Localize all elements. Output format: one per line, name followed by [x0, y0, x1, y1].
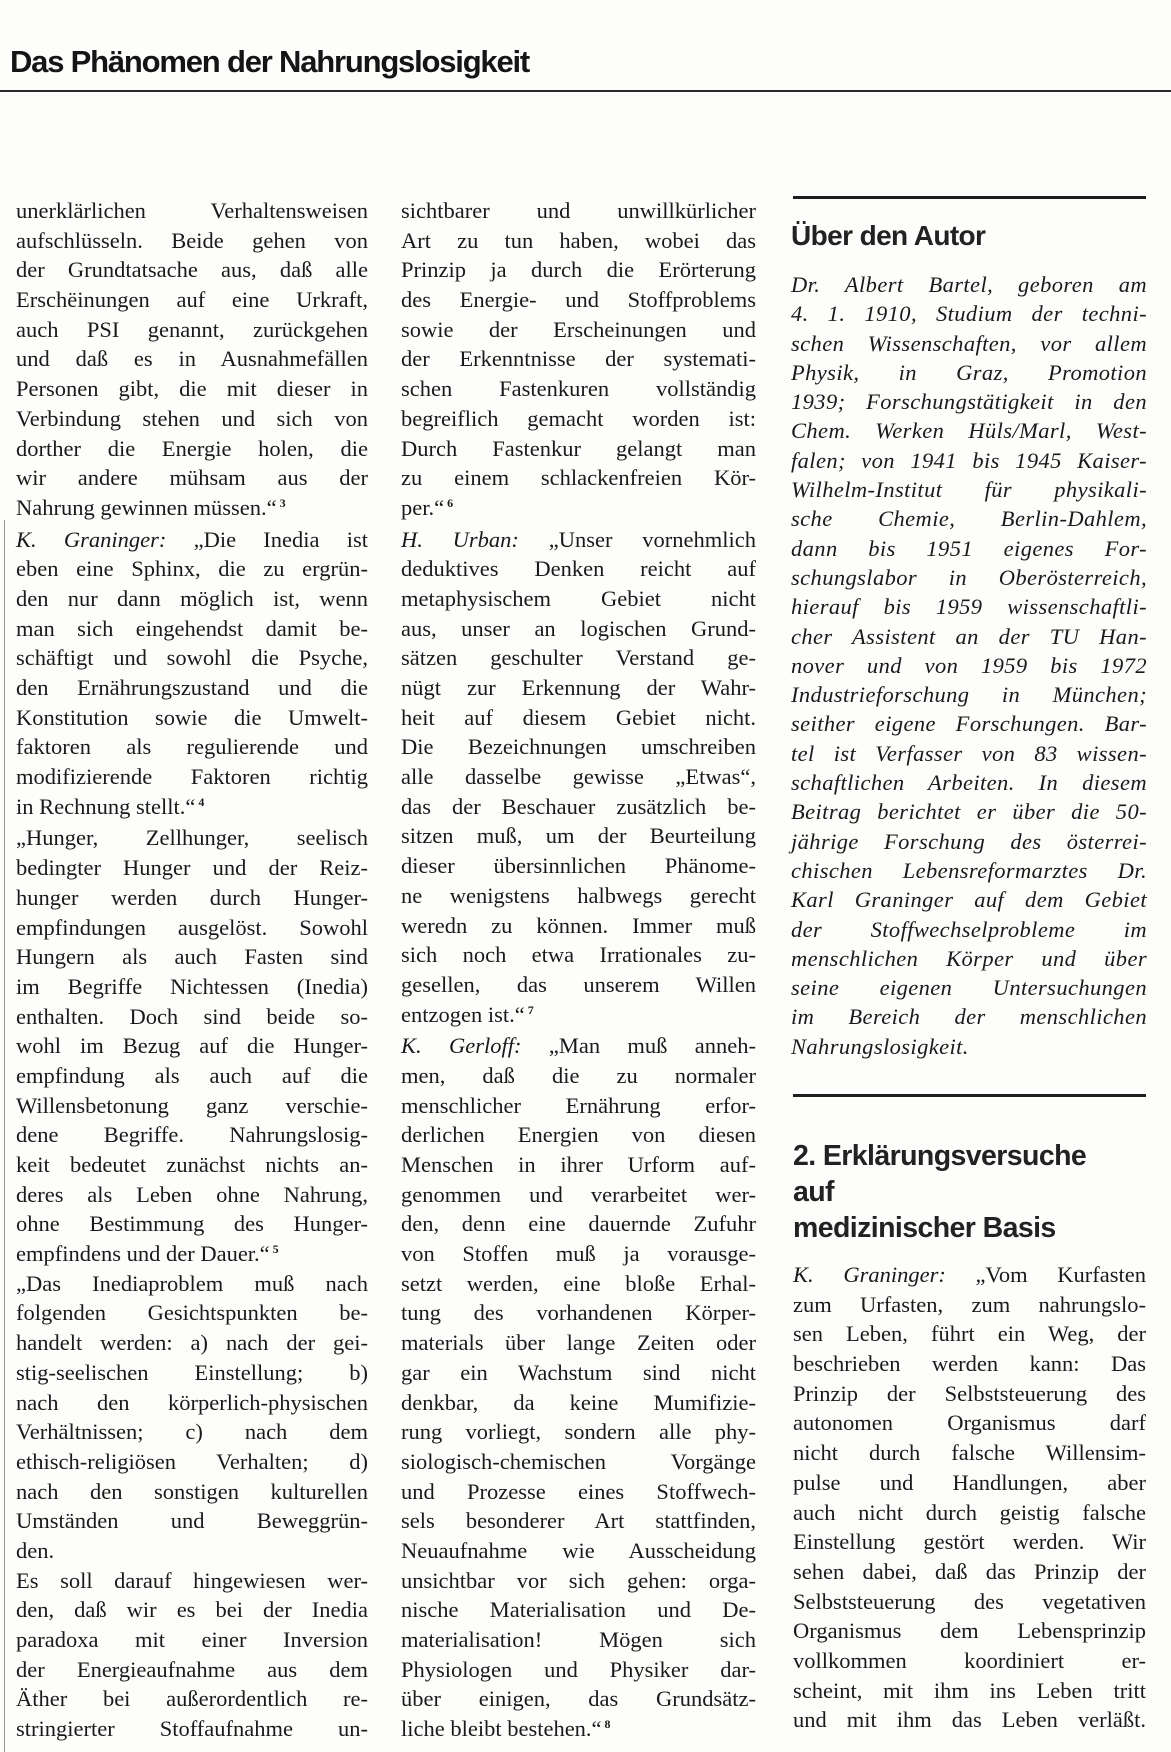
author-biography: Dr. Albert Bartel, geboren am4. 1. 1910,… — [791, 270, 1147, 1061]
line-text: 4. 1. 1910, Studium der techni- — [791, 301, 1147, 326]
line-text: per.“ — [401, 495, 444, 520]
text-line: cher Assistent an der TU Han- — [791, 622, 1147, 651]
text-line: Verhältnissen; c) nach dem — [16, 1417, 368, 1447]
line-text: den nur dann möglich ist, wenn — [16, 586, 368, 611]
line-text: der Energieaufnahme aus dem — [16, 1657, 368, 1682]
text-line: schaftlichen Arbeiten. In diesem — [791, 768, 1147, 797]
text-line: siologisch-chemischen Vorgänge — [401, 1447, 756, 1477]
line-text: Nahrung gewinnen müssen.“ — [16, 495, 277, 520]
text-line: metaphysischem Gebiet nicht — [401, 584, 756, 614]
line-text: sowie der Erscheinungen und — [401, 317, 756, 342]
text-line: genommen und verarbeitet wer- — [401, 1180, 756, 1210]
line-text: Organismus dem Lebensprinzip — [793, 1618, 1146, 1643]
text-line: „Das Inediaproblem muß nach — [16, 1269, 368, 1299]
line-text: „Man muß anneh- — [521, 1033, 756, 1058]
column-1-body-text: unerklärlichen Verhaltensweisenaufschlüs… — [16, 196, 368, 1744]
section-2-body-text: K. Graninger: „Vom Kurfastenzum Urfasten… — [793, 1260, 1146, 1735]
text-line: Es soll darauf hingewiesen wer- — [16, 1566, 368, 1596]
line-text: liche bleibt bestehen.“ — [401, 1716, 602, 1741]
line-text: aus, unser an logischen Grund- — [401, 616, 756, 641]
line-text: seither eigene Forschungen. Bar- — [791, 711, 1147, 736]
line-text: in Rechnung stellt.“ — [16, 794, 195, 819]
text-line: alle dasselbe gewisse „Etwas“, — [401, 762, 756, 792]
line-text: empfindung als auch auf die — [16, 1063, 368, 1088]
line-text: Durch Fastenkur gelangt man — [401, 436, 756, 461]
text-line: handelt werden: a) nach der gei- — [16, 1328, 368, 1358]
text-line: Umständen und Beweggrün- — [16, 1506, 368, 1536]
line-text: Karl Graninger auf dem Gebiet — [791, 887, 1147, 912]
text-line: Karl Graninger auf dem Gebiet — [791, 885, 1147, 914]
text-line: Hungern als auch Fasten sind — [16, 942, 368, 972]
text-line: den, daß wir es bei der Inedia — [16, 1595, 368, 1625]
text-line: empfindens und der Dauer.“5 — [16, 1239, 368, 1269]
line-text: sche Chemie, Berlin-Dahlem, — [791, 506, 1147, 531]
text-line: nach den sonstigen kulturellen — [16, 1477, 368, 1507]
text-line: 1939; Forschungstätigkeit in den — [791, 387, 1147, 416]
text-line: per.“6 — [401, 493, 756, 523]
line-text: schaftlichen Arbeiten. In diesem — [791, 770, 1147, 795]
line-text: ethisch-religiösen Verhalten; d) — [16, 1449, 368, 1474]
author-box-top-rule — [793, 196, 1146, 199]
line-text: Äther bei außerordentlich re- — [16, 1686, 368, 1711]
line-text: eben eine Sphinx, die zu ergrün- — [16, 556, 368, 581]
text-line: Menschen in ihrer Urform auf- — [401, 1150, 756, 1180]
text-line: dene Begriffe. Nahrungslosig- — [16, 1120, 368, 1150]
text-line: der Energieaufnahme aus dem — [16, 1655, 368, 1685]
author-box-heading: Über den Autor — [791, 220, 985, 252]
text-line: „Hunger, Zellhunger, seelisch — [16, 823, 368, 853]
line-text: Menschen in ihrer Urform auf- — [401, 1152, 756, 1177]
text-line: sichtbarer und unwillkürlicher — [401, 196, 756, 226]
line-text: „Das Inediaproblem muß nach — [16, 1271, 368, 1296]
text-line: des Energie- und Stoffproblems — [401, 285, 756, 315]
line-text: „Unser vornehmlich — [519, 527, 756, 552]
line-text: Einstellung gestört werden. Wir — [793, 1529, 1146, 1554]
line-text: beschrieben werden kann: Das — [793, 1351, 1146, 1376]
text-line: jährige Forschung des österrei- — [791, 827, 1147, 856]
line-text: den Ernährungszustand und die — [16, 675, 368, 700]
line-text: über einigen, das Grundsätz- — [401, 1686, 756, 1711]
text-line: nische Materialisation und De- — [401, 1595, 756, 1625]
text-line: Verbindung stehen und sich von — [16, 404, 368, 434]
text-line: deduktives Denken reicht auf — [401, 554, 756, 584]
text-line: sitzen muß, um der Beurteilung — [401, 821, 756, 851]
text-line: bedingter Hunger und der Reiz- — [16, 853, 368, 883]
line-text: Verhältnissen; c) nach dem — [16, 1419, 368, 1444]
line-text: sitzen muß, um der Beurteilung — [401, 823, 756, 848]
line-text: von Stoffen muß ja vorausge- — [401, 1241, 756, 1266]
line-text: „Hunger, Zellhunger, seelisch — [16, 825, 368, 850]
quoted-author-name: H. Urban: — [401, 527, 519, 552]
text-line: aufschlüsseln. Beide gehen von — [16, 226, 368, 256]
line-text: nach den körperlich-physischen — [16, 1390, 368, 1415]
text-line: und mit ihm das Leben verläßt. — [793, 1705, 1146, 1735]
line-text: paradoxa mit einer Inversion — [16, 1627, 368, 1652]
text-line: nicht durch falsche Willensim- — [793, 1438, 1146, 1468]
text-line: Beitrag berichtet er über die 50- — [791, 797, 1147, 826]
line-text: menschlicher Ernährung erfor- — [401, 1093, 756, 1118]
footnote-marker: 8 — [605, 1717, 611, 1731]
text-line: im Begriffe Nichtessen (Inedia) — [16, 972, 368, 1002]
text-line: den. — [16, 1536, 368, 1566]
line-text: denkbar, da keine Mumifizie- — [401, 1390, 756, 1415]
line-text: entzogen ist.“ — [401, 1002, 525, 1027]
title-rule-divider — [0, 90, 1171, 92]
text-line: H. Urban: „Unser vornehmlich — [401, 525, 756, 555]
line-text: tel ist Verfasser von 83 wissen- — [791, 741, 1147, 766]
text-line: Nahrungslosigkeit. — [791, 1032, 1147, 1061]
line-text: chischen Lebensreformarztes Dr. — [791, 858, 1147, 883]
line-text: gar ein Wachstum sind nicht — [401, 1360, 756, 1385]
text-line: Industrieforschung in München; — [791, 680, 1147, 709]
line-text: Wilhelm-Institut für physikali- — [791, 477, 1147, 502]
text-line: seine eigenen Untersuchungen — [791, 973, 1147, 1002]
text-line: dorther die Energie holen, die — [16, 434, 368, 464]
line-text: Prinzip der Selbststeuerung des — [793, 1381, 1146, 1406]
line-text: derlichen Energien von diesen — [401, 1122, 756, 1147]
section-2-heading: 2. Erklärungsversuche auf medizinischer … — [793, 1138, 1086, 1246]
text-line: Prinzip der Selbststeuerung des — [793, 1379, 1146, 1409]
line-text: setzt werden, eine bloße Erhal- — [401, 1271, 756, 1296]
text-line: wir andere mühsam aus der — [16, 463, 368, 493]
text-line: liche bleibt bestehen.“8 — [401, 1714, 756, 1744]
line-text: Umständen und Beweggrün- — [16, 1508, 368, 1533]
text-line: Einstellung gestört werden. Wir — [793, 1527, 1146, 1557]
line-text: dene Begriffe. Nahrungslosig- — [16, 1122, 368, 1147]
text-line: auch nicht durch geistig falsche — [793, 1498, 1146, 1528]
line-text: materials über lange Zeiten oder — [401, 1330, 756, 1355]
text-line: pulse und Handlungen, aber — [793, 1468, 1146, 1498]
line-text: schen Fastenkuren vollständig — [401, 376, 756, 401]
text-line: und Prozesse eines Stoffwech- — [401, 1477, 756, 1507]
text-line: vollkommen koordiniert er- — [793, 1646, 1146, 1676]
text-line: materialisation! Mögen sich — [401, 1625, 756, 1655]
line-text: modifizierende Faktoren richtig — [16, 764, 368, 789]
text-line: der Grundtatsache aus, daß alle — [16, 255, 368, 285]
text-line: K. Gerloff: „Man muß anneh- — [401, 1031, 756, 1061]
line-text: sels besonderer Art stattfinden, — [401, 1508, 756, 1533]
line-text: und Prozesse eines Stoffwech- — [401, 1479, 756, 1504]
line-text: deres als Leben ohne Nahrung, — [16, 1182, 368, 1207]
text-line: 4. 1. 1910, Studium der techni- — [791, 299, 1147, 328]
line-text: weredn zu können. Immer muß — [401, 913, 756, 938]
text-line: derlichen Energien von diesen — [401, 1120, 756, 1150]
text-line: Organismus dem Lebensprinzip — [793, 1616, 1146, 1646]
text-line: menschlicher Ernährung erfor- — [401, 1091, 756, 1121]
line-text: schen Wissenschaften, vor allem — [791, 331, 1147, 356]
line-text: der Stoffwechselprobleme im — [791, 917, 1147, 942]
line-text: nügt zur Erkennung der Wahr- — [401, 675, 756, 700]
text-line: ethisch-religiösen Verhalten; d) — [16, 1447, 368, 1477]
text-line: und daß es in Ausnahmefällen — [16, 344, 368, 374]
line-text: ohne Bestimmung des Hunger- — [16, 1211, 368, 1236]
line-text: schäftigt und sowohl die Psyche, — [16, 645, 368, 670]
line-text: falen; von 1941 bis 1945 Kaiser- — [791, 448, 1147, 473]
line-text: auch nicht durch geistig falsche — [793, 1500, 1146, 1525]
line-text: Hungern als auch Fasten sind — [16, 944, 368, 969]
line-text: Dr. Albert Bartel, geboren am — [791, 272, 1147, 297]
line-text: hierauf bis 1959 wissenschaftli- — [791, 594, 1147, 619]
text-line: zum Urfasten, zum nahrungslo- — [793, 1290, 1146, 1320]
text-line: men, daß die zu normaler — [401, 1061, 756, 1091]
line-text: siologisch-chemischen Vorgänge — [401, 1449, 756, 1474]
text-line: Die Bezeichnungen umschreiben — [401, 732, 756, 762]
line-text: im Begriffe Nichtessen (Inedia) — [16, 974, 368, 999]
text-line: setzt werden, eine bloße Erhal- — [401, 1269, 756, 1299]
line-text: ne wenigstens halbwegs gerecht — [401, 883, 756, 908]
line-text: autonomen Organismus darf — [793, 1410, 1146, 1435]
line-text: begreiflich gemacht worden ist: — [401, 406, 756, 431]
text-line: enthalten. Doch sind beide so- — [16, 1002, 368, 1032]
text-line: man sich eingehendst damit be- — [16, 614, 368, 644]
text-line: weredn zu können. Immer muß — [401, 911, 756, 941]
text-line: keit bedeutet zunächst nichts an- — [16, 1150, 368, 1180]
text-line: schungslabor in Oberösterreich, — [791, 563, 1147, 592]
line-text: hunger werden durch Hunger- — [16, 885, 368, 910]
text-line: der Erkenntnisse der systemati- — [401, 344, 756, 374]
footnote-marker: 4 — [198, 795, 204, 809]
line-text: nicht durch falsche Willensim- — [793, 1440, 1146, 1465]
text-line: begreiflich gemacht worden ist: — [401, 404, 756, 434]
text-line: auch PSI genannt, zurückgehen — [16, 315, 368, 345]
text-line: schäftigt und sowohl die Psyche, — [16, 643, 368, 673]
line-text: dieser übersinnlichen Phänome- — [401, 853, 756, 878]
text-line: von Stoffen muß ja vorausge- — [401, 1239, 756, 1269]
line-text: Erschëinungen auf eine Urkraft, — [16, 287, 368, 312]
text-line: denkbar, da keine Mumifizie- — [401, 1388, 756, 1418]
section-2-heading-line-1: 2. Erklärungsversuche — [793, 1138, 1086, 1174]
text-line: nover und von 1959 bis 1972 — [791, 651, 1147, 680]
line-text: Selbststeuerung des vegetativen — [793, 1589, 1146, 1614]
line-text: empfindens und der Dauer.“ — [16, 1241, 270, 1266]
line-text: keit bedeutet zunächst nichts an- — [16, 1152, 368, 1177]
text-line: faktoren als regulierende und — [16, 732, 368, 762]
line-text: und mit ihm das Leben verläßt. — [793, 1707, 1146, 1732]
line-text: auch PSI genannt, zurückgehen — [16, 317, 368, 342]
line-text: zu einem schlackenfreien Kör- — [401, 465, 756, 490]
line-text: 1939; Forschungstätigkeit in den — [791, 389, 1147, 414]
text-line: autonomen Organismus darf — [793, 1408, 1146, 1438]
line-text: Die Bezeichnungen umschreiben — [401, 734, 756, 759]
line-text: nische Materialisation und De- — [401, 1597, 756, 1622]
text-line: stig-seelischen Einstellung; b) — [16, 1358, 368, 1388]
line-text: scheint, mit ihm ins Leben tritt — [793, 1678, 1146, 1703]
line-text: Verbindung stehen und sich von — [16, 406, 368, 431]
line-text: rung vorliegt, sondern alle phy- — [401, 1419, 756, 1444]
line-text: stringierter Stoffaufnahme un- — [16, 1716, 368, 1741]
line-text: Industrieforschung in München; — [791, 682, 1147, 707]
line-text: und daß es in Ausnahmefällen — [16, 346, 368, 371]
line-text: aufschlüsseln. Beide gehen von — [16, 228, 368, 253]
line-text: seine eigenen Untersuchungen — [791, 975, 1147, 1000]
line-text: folgenden Gesichtspunkten be- — [16, 1300, 368, 1325]
text-line: scheint, mit ihm ins Leben tritt — [793, 1676, 1146, 1706]
text-line: wohl im Bezug auf die Hunger- — [16, 1031, 368, 1061]
text-line: K. Graninger: „Vom Kurfasten — [793, 1260, 1146, 1290]
footnote-marker: 7 — [528, 1003, 534, 1017]
line-text: menschlichen Körper und über — [791, 946, 1147, 971]
line-text: „Die Inedia ist — [166, 527, 368, 552]
column-2-body-text: sichtbarer und unwillkürlicherArt zu tun… — [401, 196, 756, 1744]
text-line: der Stoffwechselprobleme im — [791, 915, 1147, 944]
text-line: Willensbetonung ganz verschie- — [16, 1091, 368, 1121]
line-text: Beitrag berichtet er über die 50- — [791, 799, 1147, 824]
footnote-marker: 3 — [280, 496, 286, 510]
line-text: Neuaufnahme wie Ausscheidung — [401, 1538, 756, 1563]
text-line: aus, unser an logischen Grund- — [401, 614, 756, 644]
text-line: empfindung als auch auf die — [16, 1061, 368, 1091]
line-text: metaphysischem Gebiet nicht — [401, 586, 756, 611]
text-line: schen Wissenschaften, vor allem — [791, 329, 1147, 358]
line-text: gesellen, das unserem Willen — [401, 972, 756, 997]
quoted-author-name: K. Graninger: — [793, 1262, 946, 1287]
text-line: unsichtbar vor sich gehen: orga- — [401, 1566, 756, 1596]
text-line: ohne Bestimmung des Hunger- — [16, 1209, 368, 1239]
text-line: seither eigene Forschungen. Bar- — [791, 709, 1147, 738]
text-line: stringierter Stoffaufnahme un- — [16, 1714, 368, 1744]
line-text: Chem. Werken Hüls/Marl, West- — [791, 418, 1147, 443]
line-text: cher Assistent an der TU Han- — [791, 624, 1147, 649]
text-line: das der Beschauer zusätzlich be- — [401, 792, 756, 822]
text-line: empfindungen ausgelöst. Sowohl — [16, 913, 368, 943]
line-text: schungslabor in Oberösterreich, — [791, 565, 1147, 590]
text-line: Dr. Albert Bartel, geboren am — [791, 270, 1147, 299]
text-line: tel ist Verfasser von 83 wissen- — [791, 739, 1147, 768]
line-text: im Bereich der menschlichen — [791, 1004, 1147, 1029]
text-line: schen Fastenkuren vollständig — [401, 374, 756, 404]
line-text: unsichtbar vor sich gehen: orga- — [401, 1568, 756, 1593]
text-line: entzogen ist.“7 — [401, 1000, 756, 1030]
text-line: hierauf bis 1959 wissenschaftli- — [791, 592, 1147, 621]
line-text: vollkommen koordiniert er- — [793, 1648, 1146, 1673]
text-line: nügt zur Erkennung der Wahr- — [401, 673, 756, 703]
text-line: in Rechnung stellt.“4 — [16, 792, 368, 822]
line-text: sich noch etwa Irrationales zu- — [401, 942, 756, 967]
line-text: sätzen geschulter Verstand ge- — [401, 645, 756, 670]
text-line: sche Chemie, Berlin-Dahlem, — [791, 504, 1147, 533]
text-line: K. Graninger: „Die Inedia ist — [16, 525, 368, 555]
line-text: alle dasselbe gewisse „Etwas“, — [401, 764, 756, 789]
line-text: des Energie- und Stoffproblems — [401, 287, 756, 312]
text-line: eben eine Sphinx, die zu ergrün- — [16, 554, 368, 584]
line-text: sehen dabei, daß das Prinzip der — [793, 1559, 1146, 1584]
author-box-bottom-rule — [793, 1094, 1146, 1097]
line-text: den, denn eine dauernde Zufuhr — [401, 1211, 756, 1236]
line-text: Physiologen und Physiker dar- — [401, 1657, 756, 1682]
line-text: Willensbetonung ganz verschie- — [16, 1093, 368, 1118]
line-text: sichtbarer und unwillkürlicher — [401, 198, 756, 223]
line-text: nover und von 1959 bis 1972 — [791, 653, 1147, 678]
text-line: sowie der Erscheinungen und — [401, 315, 756, 345]
quoted-author-name: K. Gerloff: — [401, 1033, 521, 1058]
footnote-marker: 5 — [273, 1242, 279, 1256]
line-text: genommen und verarbeitet wer- — [401, 1182, 756, 1207]
line-text: zum Urfasten, zum nahrungslo- — [793, 1292, 1146, 1317]
text-line: gesellen, das unserem Willen — [401, 970, 756, 1000]
text-line: menschlichen Körper und über — [791, 944, 1147, 973]
line-text: nach den sonstigen kulturellen — [16, 1479, 368, 1504]
text-line: Neuaufnahme wie Ausscheidung — [401, 1536, 756, 1566]
text-line: sich noch etwa Irrationales zu- — [401, 940, 756, 970]
text-line: zu einem schlackenfreien Kör- — [401, 463, 756, 493]
text-line: Art zu tun haben, wobei das — [401, 226, 756, 256]
text-line: rung vorliegt, sondern alle phy- — [401, 1417, 756, 1447]
text-line: hunger werden durch Hunger- — [16, 883, 368, 913]
line-text: dann bis 1951 eigenes For- — [791, 536, 1147, 561]
line-text: unerklärlichen Verhaltensweisen — [16, 198, 368, 223]
text-line: Durch Fastenkur gelangt man — [401, 434, 756, 464]
line-text: materialisation! Mögen sich — [401, 1627, 756, 1652]
line-text: den, daß wir es bei der Inedia — [16, 1597, 368, 1622]
text-line: falen; von 1941 bis 1945 Kaiser- — [791, 446, 1147, 475]
line-text: der Grundtatsache aus, daß alle — [16, 257, 368, 282]
line-text: deduktives Denken reicht auf — [401, 556, 756, 581]
line-text: Nahrungslosigkeit. — [791, 1034, 969, 1059]
line-text: faktoren als regulierende und — [16, 734, 368, 759]
text-line: den Ernährungszustand und die — [16, 673, 368, 703]
text-line: Chem. Werken Hüls/Marl, West- — [791, 416, 1147, 445]
text-line: chischen Lebensreformarztes Dr. — [791, 856, 1147, 885]
line-text: Es soll darauf hingewiesen wer- — [16, 1568, 368, 1593]
text-line: gar ein Wachstum sind nicht — [401, 1358, 756, 1388]
line-text: den. — [16, 1538, 54, 1563]
line-text: der Erkenntnisse der systemati- — [401, 346, 756, 371]
text-line: sehen dabei, daß das Prinzip der — [793, 1557, 1146, 1587]
line-text: jährige Forschung des österrei- — [791, 829, 1147, 854]
line-text: stig-seelischen Einstellung; b) — [16, 1360, 368, 1385]
line-text: man sich eingehendst damit be- — [16, 616, 368, 641]
text-line: Wilhelm-Institut für physikali- — [791, 475, 1147, 504]
text-line: über einigen, das Grundsätz- — [401, 1684, 756, 1714]
text-line: modifizierende Faktoren richtig — [16, 762, 368, 792]
text-line: tung des vorhandenen Körper- — [401, 1298, 756, 1328]
text-line: Prinzip ja durch die Erörterung — [401, 255, 756, 285]
text-line: Physiologen und Physiker dar- — [401, 1655, 756, 1685]
line-text: wir andere mühsam aus der — [16, 465, 368, 490]
text-line: sels besonderer Art stattfinden, — [401, 1506, 756, 1536]
line-text: wohl im Bezug auf die Hunger- — [16, 1033, 368, 1058]
text-line: dieser übersinnlichen Phänome- — [401, 851, 756, 881]
page-edge-line — [4, 520, 5, 1752]
line-text: men, daß die zu normaler — [401, 1063, 756, 1088]
line-text: Art zu tun haben, wobei das — [401, 228, 756, 253]
text-line: Selbststeuerung des vegetativen — [793, 1587, 1146, 1617]
line-text: Personen gibt, die mit dieser in — [16, 376, 368, 401]
line-text: tung des vorhandenen Körper- — [401, 1300, 756, 1325]
text-line: materials über lange Zeiten oder — [401, 1328, 756, 1358]
text-line: Physik, in Graz, Promotion — [791, 358, 1147, 387]
text-line: den, denn eine dauernde Zufuhr — [401, 1209, 756, 1239]
line-text: pulse und Handlungen, aber — [793, 1470, 1146, 1495]
text-line: folgenden Gesichtspunkten be- — [16, 1298, 368, 1328]
text-line: Erschëinungen auf eine Urkraft, — [16, 285, 368, 315]
line-text: Konstitution sowie die Umwelt- — [16, 705, 368, 730]
text-line: paradoxa mit einer Inversion — [16, 1625, 368, 1655]
text-line: heit auf diesem Gebiet nicht. — [401, 703, 756, 733]
text-line: deres als Leben ohne Nahrung, — [16, 1180, 368, 1210]
line-text: handelt werden: a) nach der gei- — [16, 1330, 368, 1355]
text-line: Äther bei außerordentlich re- — [16, 1684, 368, 1714]
text-line: beschrieben werden kann: Das — [793, 1349, 1146, 1379]
text-line: unerklärlichen Verhaltensweisen — [16, 196, 368, 226]
line-text: heit auf diesem Gebiet nicht. — [401, 705, 756, 730]
line-text: bedingter Hunger und der Reiz- — [16, 855, 368, 880]
text-line: sen Leben, führt ein Weg, der — [793, 1319, 1146, 1349]
text-line: nach den körperlich-physischen — [16, 1388, 368, 1418]
text-line: Konstitution sowie die Umwelt- — [16, 703, 368, 733]
section-2-heading-line-2: auf — [793, 1174, 1086, 1210]
line-text: sen Leben, führt ein Weg, der — [793, 1321, 1146, 1346]
